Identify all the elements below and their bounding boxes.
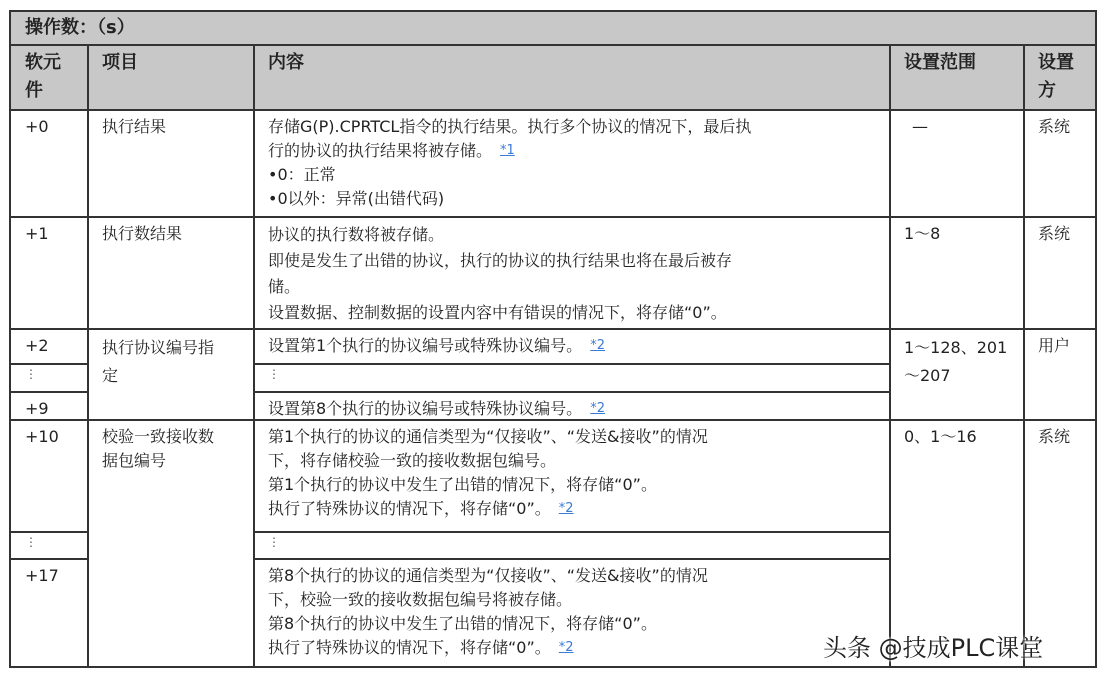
- header-setter-line1: 设置: [1038, 49, 1095, 77]
- content-line: 存储G(P).CPRTCL指令的执行结果。执行多个协议的情况下，最后执: [268, 115, 890, 139]
- watermark: 头条 @技成PLC课堂: [823, 628, 1043, 663]
- row0-setter: 系统: [1024, 110, 1095, 139]
- divider: [254, 391, 890, 393]
- content-line: •0：正常: [268, 163, 890, 187]
- divider: [11, 419, 1095, 421]
- content-line: 执行了特殊协议的情况下，将存储“0”。: [268, 638, 551, 657]
- row1-item: 执行数结果: [88, 217, 254, 246]
- row1-range: 1～8: [890, 217, 1024, 246]
- row9-content: 设置第8个执行的协议编号或特殊协议编号。*2: [254, 392, 890, 421]
- header-setter: 设置 方: [1024, 45, 1095, 110]
- header-device-line1: 软元: [25, 49, 88, 77]
- divider: [11, 558, 88, 560]
- item-line: 据包编号: [102, 449, 254, 473]
- row0-content: 存储G(P).CPRTCL指令的执行结果。执行多个协议的情况下，最后执 行的协议…: [254, 110, 890, 211]
- divider: [889, 44, 891, 666]
- content-line: 设置第1个执行的协议编号或特殊协议编号。: [268, 336, 582, 355]
- content-line: 设置数据、控制数据的设置内容中有错误的情况下，将存储“0”。: [268, 300, 890, 326]
- item-line: 校验一致接收数: [102, 425, 254, 449]
- header-device-line2: 件: [25, 77, 88, 105]
- row17-content: 第8个执行的协议的通信类型为“仅接收”、“发送&接收”的情况 下，校验一致的接收…: [254, 559, 890, 660]
- row10-range: 0、1～16: [890, 420, 1024, 449]
- content-line: 即使是发生了出错的协议，执行的协议的执行结果也将在最后被存: [268, 248, 890, 274]
- content-line: 下，校验一致的接收数据包编号将被存储。: [268, 588, 890, 612]
- row2-range: 1～128、201 ～207: [890, 329, 1024, 390]
- row10-content-ellipsis: ⋮: [254, 532, 890, 547]
- row9-device: +9: [11, 392, 88, 421]
- header-device: 软元 件: [11, 45, 88, 110]
- footnote-link[interactable]: *2: [590, 338, 605, 353]
- row2-setter: 用户: [1024, 329, 1095, 358]
- range-line: ～207: [904, 362, 1024, 390]
- footnote-link[interactable]: *1: [500, 143, 515, 158]
- divider: [11, 216, 1095, 218]
- header-setter-line2: 方: [1038, 77, 1095, 105]
- content-line: 执行了特殊协议的情况下，将存储“0”。: [268, 499, 551, 518]
- divider: [1023, 44, 1025, 666]
- row1-device: +1: [11, 217, 88, 246]
- content-line: 第8个执行的协议的通信类型为“仅接收”、“发送&接收”的情况: [268, 564, 890, 588]
- content-line: 行的协议的执行结果将被存储。: [268, 141, 492, 160]
- divider: [254, 363, 890, 365]
- content-line: 设置第8个执行的协议编号或特殊协议编号。: [268, 399, 582, 418]
- content-line: 第8个执行的协议中发生了出错的情况下，将存储“0”。: [268, 612, 890, 636]
- row0-device: +0: [11, 110, 88, 139]
- divider: [254, 531, 890, 533]
- header-item: 项目: [88, 45, 254, 110]
- item-line: 执行协议编号指: [102, 334, 254, 362]
- divider: [11, 44, 1095, 46]
- divider: [254, 558, 890, 560]
- header-range: 设置范围: [890, 45, 1024, 110]
- row10-content: 第1个执行的协议的通信类型为“仅接收”、“发送&接收”的情况 下，将存储校验一致…: [254, 420, 890, 521]
- divider: [11, 391, 88, 393]
- footnote-link[interactable]: *2: [559, 501, 574, 516]
- table-title: 操作数：（s）: [11, 12, 1095, 45]
- divider: [11, 363, 88, 365]
- divider: [11, 109, 1095, 111]
- row10-setter: 系统: [1024, 420, 1095, 449]
- content-line: •0以外：异常(出错代码): [268, 187, 890, 211]
- row10-device: +10: [11, 420, 88, 449]
- row2-device: +2: [11, 329, 88, 358]
- row1-setter: 系统: [1024, 217, 1095, 246]
- row1-content: 协议的执行数将被存储。 即使是发生了出错的协议，执行的协议的执行结果也将在最后被…: [254, 217, 890, 326]
- footnote-link[interactable]: *2: [559, 640, 574, 655]
- content-line: 下，将存储校验一致的接收数据包编号。: [268, 449, 890, 473]
- content-line: 第1个执行的协议的通信类型为“仅接收”、“发送&接收”的情况: [268, 425, 890, 449]
- row17-device: +17: [11, 559, 88, 588]
- header-content: 内容: [254, 45, 890, 110]
- row2-item: 执行协议编号指 定: [88, 329, 254, 390]
- row2-content: 设置第1个执行的协议编号或特殊协议编号。*2: [254, 329, 890, 358]
- divider: [11, 328, 1095, 330]
- divider: [253, 44, 255, 666]
- row0-range: —: [890, 110, 1024, 139]
- divider: [11, 531, 88, 533]
- row10-device-ellipsis: ⋮: [11, 532, 88, 547]
- item-line: 定: [102, 362, 254, 390]
- content-line: 协议的执行数将被存储。: [268, 222, 890, 248]
- footnote-link[interactable]: *2: [590, 401, 605, 416]
- row2-device-ellipsis: ⋮: [11, 364, 88, 379]
- row0-item: 执行结果: [88, 110, 254, 139]
- range-line: 1～128、201: [904, 334, 1024, 362]
- content-line: 第1个执行的协议中发生了出错的情况下，将存储“0”。: [268, 473, 890, 497]
- content-line: 储。: [268, 274, 890, 300]
- row10-item: 校验一致接收数 据包编号: [88, 420, 254, 473]
- divider: [87, 44, 89, 666]
- operand-table: 操作数：（s） 软元 件 项目 内容 设置范围 设置 方 +0 执行结果 存储G…: [9, 10, 1097, 668]
- row2-content-ellipsis: ⋮: [254, 364, 890, 379]
